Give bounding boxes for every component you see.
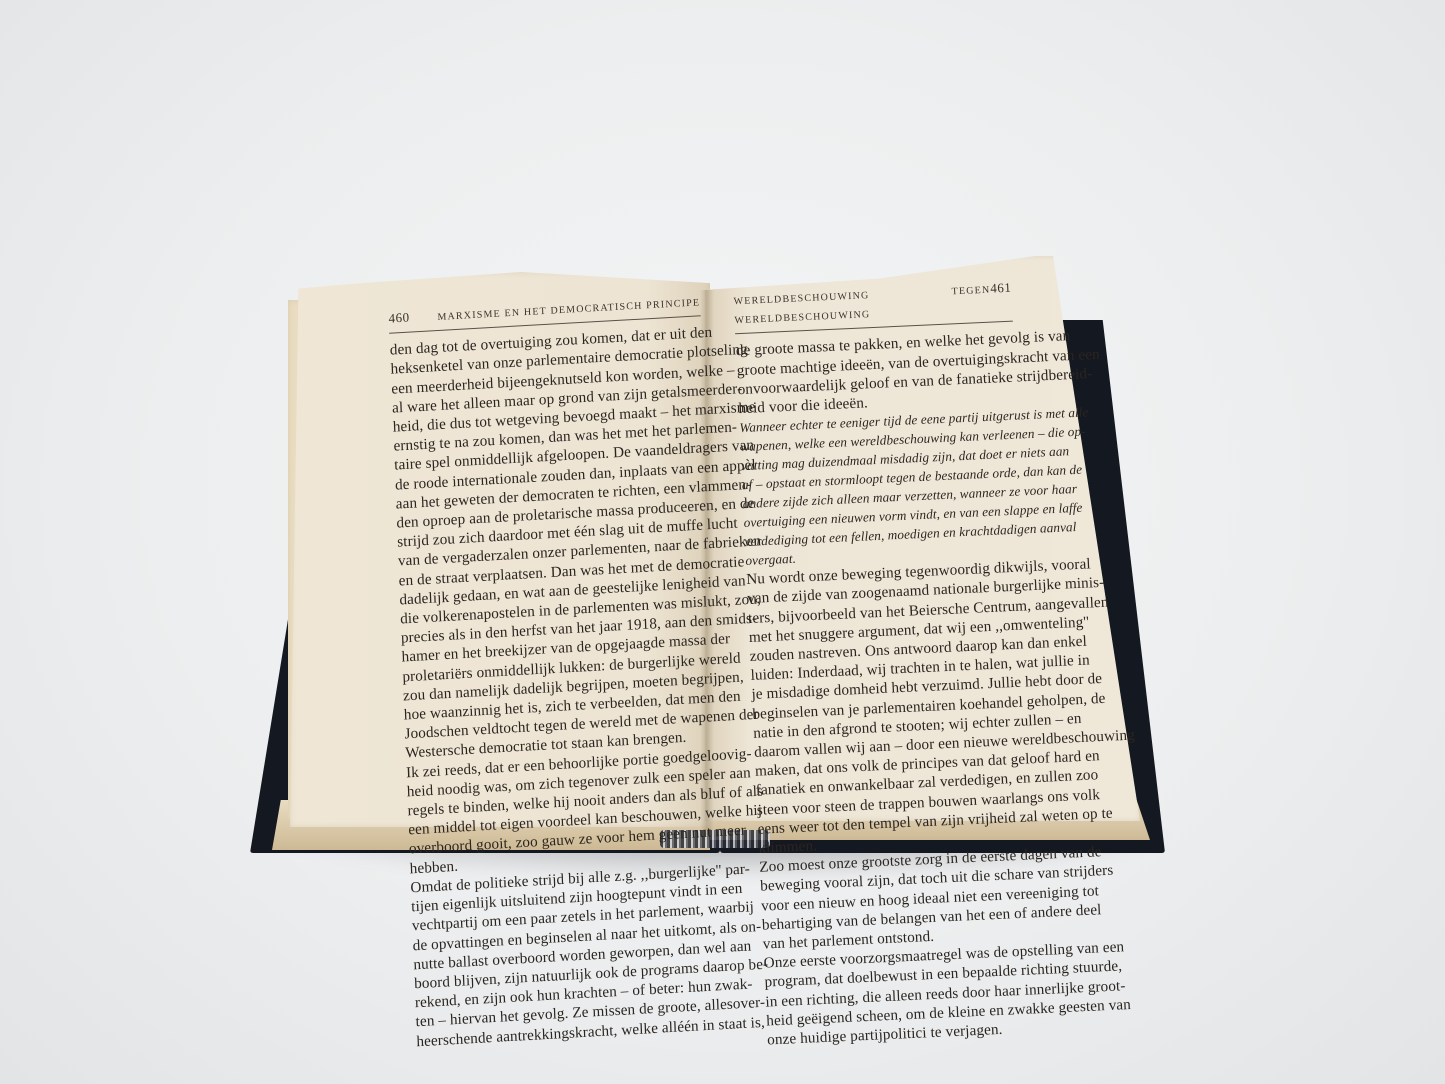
- page-number-right: 461: [990, 278, 1012, 298]
- right-body-text: de groote massa te pakken, en welke het …: [735, 329, 1016, 418]
- page-number-left: 460: [388, 308, 410, 328]
- right-body-text-continued: Nu wordt onze beweging tegenwoordig dikw…: [746, 558, 1045, 1050]
- right-italic-quote: Wanneer echter te eeniger tijd de eene p…: [739, 406, 1024, 570]
- right-page-text: Wereldbeschouwing tegen wereldbeschouwin…: [733, 278, 1045, 1050]
- left-page-text: 460 Marxisme en het democratisch princip…: [388, 291, 728, 1051]
- running-head-title-right: Wereldbeschouwing tegen wereldbeschouwin…: [733, 281, 991, 331]
- left-body-text: den dag tot de overtuiging zou komen, da…: [389, 323, 728, 1051]
